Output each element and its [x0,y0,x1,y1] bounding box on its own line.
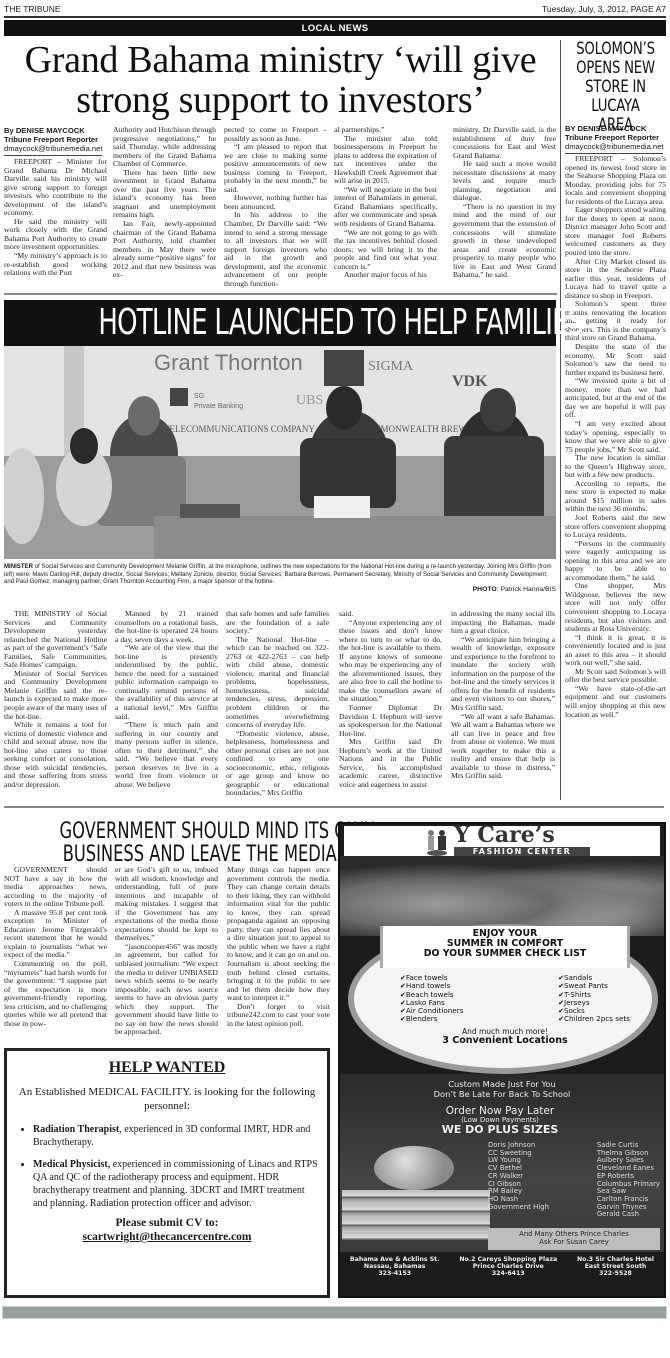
paragraph: Despite the state of the economy, Mr Sco… [565,343,666,377]
page-footer-bar [2,1306,667,1319]
paragraph: “Anyone experiencing any of these issues… [339,619,442,704]
column-divider [560,40,561,800]
lead-column-3: pected to come to Freeport – possibly as… [224,126,327,288]
paragraph: A massive 95.8 per cent took exception t… [4,909,107,960]
paragraph: “jasoncooper456” was mostly in agreement… [115,943,218,1037]
paragraph: FREEPORT – Minister for Grand Bahama Dr … [4,158,107,218]
position-item: Radiation Therapist, experienced in 3D c… [33,1123,319,1149]
store-location: No.3 Sir Charles Hotel East Street South… [577,1256,654,1277]
paragraph: ministry, Dr Darville said, is the estab… [453,126,556,160]
paragraph: “My ministry’s approach is to re-establi… [4,252,107,278]
caption-lead: MINISTER [4,563,33,570]
paragraph: “Persons in the community were eagerly a… [565,540,666,583]
paragraph: “We are not going to go with the tax inc… [334,229,437,272]
paragraph: that safe homes and safe families are th… [226,610,329,636]
paragraph: “There is no question in my mind and the… [453,203,556,280]
help-wanted-ad: HELP WANTED An Established MEDICAL FACIL… [4,1048,330,1298]
ad-more-text: And much much more! 3 Convenient Locatio… [360,1028,650,1046]
photo-credit: PHOTO: Patrick Hanna/BIS [440,586,556,593]
byline-role: Tribune Freeport Reporter [4,135,108,144]
lead-byline: By DENISE MAYCOCK Tribune Freeport Repor… [4,126,108,156]
press-conference-photo: Grant Thornton SIGMA VDK SG Private Bank… [4,346,556,559]
ad-brand-name: Y Care’s [454,822,555,848]
ycares-ad: Y Care’s FASHION CENTER ENJOY YOUR SUMME… [338,822,666,1298]
paragraph: “There is much pain and suffering in our… [115,721,218,789]
checklist-left: Face towels Hand towels Beach towels Las… [400,974,463,1024]
paragraph: One shopper, Mrs Wildgoose, believes the… [565,582,666,633]
paragraph: Joel Roberts said the new store offers c… [565,514,666,540]
paragraph: There has been little new investment in … [113,169,216,220]
mannequins-icon [424,829,450,857]
paragraph: Authority and Hutchison through progress… [113,126,216,169]
summer-checklist: Face towels Hand towels Beach towels Las… [400,974,630,1024]
hotline-column-4: said. “Anyone experiencing any of these … [339,610,442,789]
help-wanted-cta: Please submit CV to: [15,1216,319,1231]
paragraph: Minister of Social Services and Communit… [4,670,107,721]
lead-column-1: FREEPORT – Minister for Grand Bahama Dr … [4,158,107,278]
paragraph: Many things can happen once government c… [227,866,330,1003]
help-wanted-email-link[interactable]: scartwright@thecancercentre.com [15,1231,319,1243]
lead-headline: Grand Bahama ministry ‘will give strong … [4,40,557,120]
paragraph: er are God’s gift to us, imbued with all… [115,866,218,943]
paragraph: THE MINISTRY of Social Services and Comm… [4,610,107,670]
paragraph: Eager shoppers stood waiting for the doo… [565,206,666,257]
checklist-item: Children 2pcs sets [558,1015,630,1023]
books-stack-icon [342,1190,490,1240]
paragraph: “I am very excited about today’s opening… [565,420,666,454]
side-headline: SOLOMON’S OPENS NEW STORE IN LUCAYA AREA [576,40,655,135]
paragraph: Mrs Griffin said Dr Hepburn’s work at th… [339,738,442,789]
hotline-column-3: that safe homes and safe families are th… [226,610,329,798]
side-column: FREEPORT – Solomon’s opened its newest f… [565,155,666,719]
help-wanted-intro: An Established MEDICAL FACILITY. is look… [15,1085,319,1113]
ad-summer-panel: ENJOY YOUR SUMMER IN COMFORT DO YOUR SUM… [380,926,630,968]
paragraph: Commenting on the poll, “mynameis” had h… [4,960,107,1028]
paragraph: “We anticipate him bringing a wealth of … [451,636,555,713]
caption-text: of Social Services and Community Develop… [4,563,552,585]
byline-role: Tribune Freeport Reporter [565,133,669,142]
page-dateline: Tuesday, July, 3, 2012, PAGE A7 [542,4,666,14]
svg-text:Grant Thornton: Grant Thornton [154,350,303,375]
paper-name: THE TRIBUNE [4,4,61,14]
media-column-3: Many things can happen once government c… [227,866,330,1028]
byline-email[interactable]: dmaycock@tribunemedia.net [4,144,102,156]
hotline-story-rule [4,806,664,808]
paragraph: Mr Scott said Solomon’s will offer the b… [565,668,666,685]
byline-author: BY DENISE MAYCOCK [565,124,669,133]
paragraph: “We all want a safe Bahamas. We all want… [451,713,555,781]
lead-story-rule [4,293,557,295]
svg-text:VDK: VDK [452,373,488,390]
hotline-column-1: THE MINISTRY of Social Services and Comm… [4,610,107,789]
checklist-item: Blenders [400,1015,463,1023]
ad-order-text: Order Now Pay Later (Low Down Payments) … [400,1106,600,1136]
paragraph: After City Market closed its store in th… [565,258,666,301]
paragraph: FREEPORT – Solomon’s opened its newest f… [565,155,666,206]
photo-illustration: Grant Thornton SIGMA VDK SG Private Bank… [4,346,556,559]
positions-list: Radiation Therapist, experienced in 3D c… [33,1123,319,1210]
paragraph: in addressing the many social ills impac… [451,610,555,636]
paragraph: In his address to the Chamber, Dr Darvil… [224,211,327,288]
paragraph: He said the ministry will work closely w… [4,218,107,252]
paragraph: pected to come to Freeport – possibly as… [224,126,327,143]
paragraph: He said such a move would necessitate di… [453,160,556,203]
page-masthead: THE TRIBUNE Tuesday, July, 3, 2012, PAGE… [4,2,666,16]
paragraph: GOVERNMENT should NOT have a say in how … [4,866,107,909]
paragraph: While it remains a tool for victims of d… [4,721,107,789]
paragraph: “We are of the view that the hot-line is… [115,644,218,721]
svg-text:SG: SG [194,393,204,400]
paragraph: “I think it is great, it is conveniently… [565,634,666,668]
checklist-right: Sandals Sweat Pants T-Shirts Jerseys Soc… [558,974,630,1024]
school-list-left: Doris Johnson CC Sweeting LW Young CV Be… [488,1142,549,1219]
svg-text:Private Banking: Private Banking [194,403,243,410]
svg-text:UBS: UBS [296,393,323,408]
paragraph: Don’t forget to visit tribune242.com to … [227,1003,330,1029]
hotline-column-5: in addressing the many social ills impac… [451,610,555,781]
paragraph: Former Diplomat Dr Davidson L Hepburn wi… [339,704,442,738]
media-headline-line-1: GOVERNMENT SHOULD MIND ITS OWN [59,820,375,843]
paragraph: “We will negotiate in the best interest … [334,186,437,229]
media-headline: GOVERNMENT SHOULD MIND ITS OWN BUSINESS … [4,820,334,866]
hotline-headline: HOTLINE LAUNCHED TO HELP FAMILIES [4,300,556,346]
apple-icon [374,1146,454,1190]
media-column-2: er are God’s gift to us, imbued with all… [115,866,218,1037]
school-list-right: Sadie Curtis Thelma Gibson Aulbery Sales… [597,1142,660,1219]
ad-contact-strip: And Many Others Prince Charles Ask For S… [488,1228,660,1250]
lead-column-4: al partnerships.” The minister also told… [334,126,437,280]
paragraph: The minister also told businesspersons i… [334,135,437,186]
lead-column-2: Authority and Hutchison through progress… [113,126,216,280]
byline-email[interactable]: dmaycock@tribunemedia.net [565,142,663,154]
store-location: No.2 Careys Shopping Plaza Prince Charle… [459,1256,557,1277]
lead-column-5: ministry, Dr Darville said, is the estab… [453,126,556,280]
paragraph: Ian Fair, newly-appointed chairman of th… [113,220,216,280]
media-column-1: GOVERNMENT should NOT have a say in how … [4,866,107,1028]
svg-text:SIGMA: SIGMA [368,359,414,374]
paragraph: “We invested quite a bit of money, more … [565,377,666,420]
masthead-rule [4,16,666,18]
paragraph: The new location is similar to the Queen… [565,454,666,480]
ad-custom-text: Custom Made Just For You Don’t Be Late F… [340,1080,664,1099]
paragraph: “I am pleased to report that we are clos… [224,143,327,194]
ad-brand-header: Y Care’s FASHION CENTER [344,826,660,856]
paragraph: According to reports, the new store is e… [565,480,666,514]
help-wanted-title: HELP WANTED [15,1059,319,1077]
side-byline: BY DENISE MAYCOCK Tribune Freeport Repor… [565,124,669,154]
photo-caption: MINISTER of Social Services and Communit… [4,563,556,586]
paragraph: “Domestic violence, abuse, helplessness,… [226,730,329,798]
svg-text:TELECOMMUNICATIONS COMPANY: TELECOMMUNICATIONS COMPANY [164,424,315,434]
byline-author: By DENISE MAYCOCK [4,126,108,135]
paragraph: The National Hot-line – which can be rea… [226,636,329,730]
paragraph: “We have state-of-the-art equipment and … [565,685,666,719]
section-banner: LOCAL NEWS [4,20,666,36]
paragraph: However, nothing further has been announ… [224,194,327,211]
section-label: LOCAL NEWS [302,23,369,34]
store-location: Bahama Ave & Acklins St. Nassau, Bahamas… [350,1256,440,1277]
paragraph: Another major focus of his [334,271,437,280]
hotline-column-2: Manned by 21 trained counsellors on a ro… [115,610,218,789]
school-list: Doris Johnson CC Sweeting LW Young CV Be… [488,1142,660,1219]
paragraph: Manned by 21 trained counsellors on a ro… [115,610,218,644]
store-locations: Bahama Ave & Acklins St. Nassau, Bahamas… [340,1256,664,1277]
position-item: Medical Physicist, experienced in commis… [33,1158,319,1210]
